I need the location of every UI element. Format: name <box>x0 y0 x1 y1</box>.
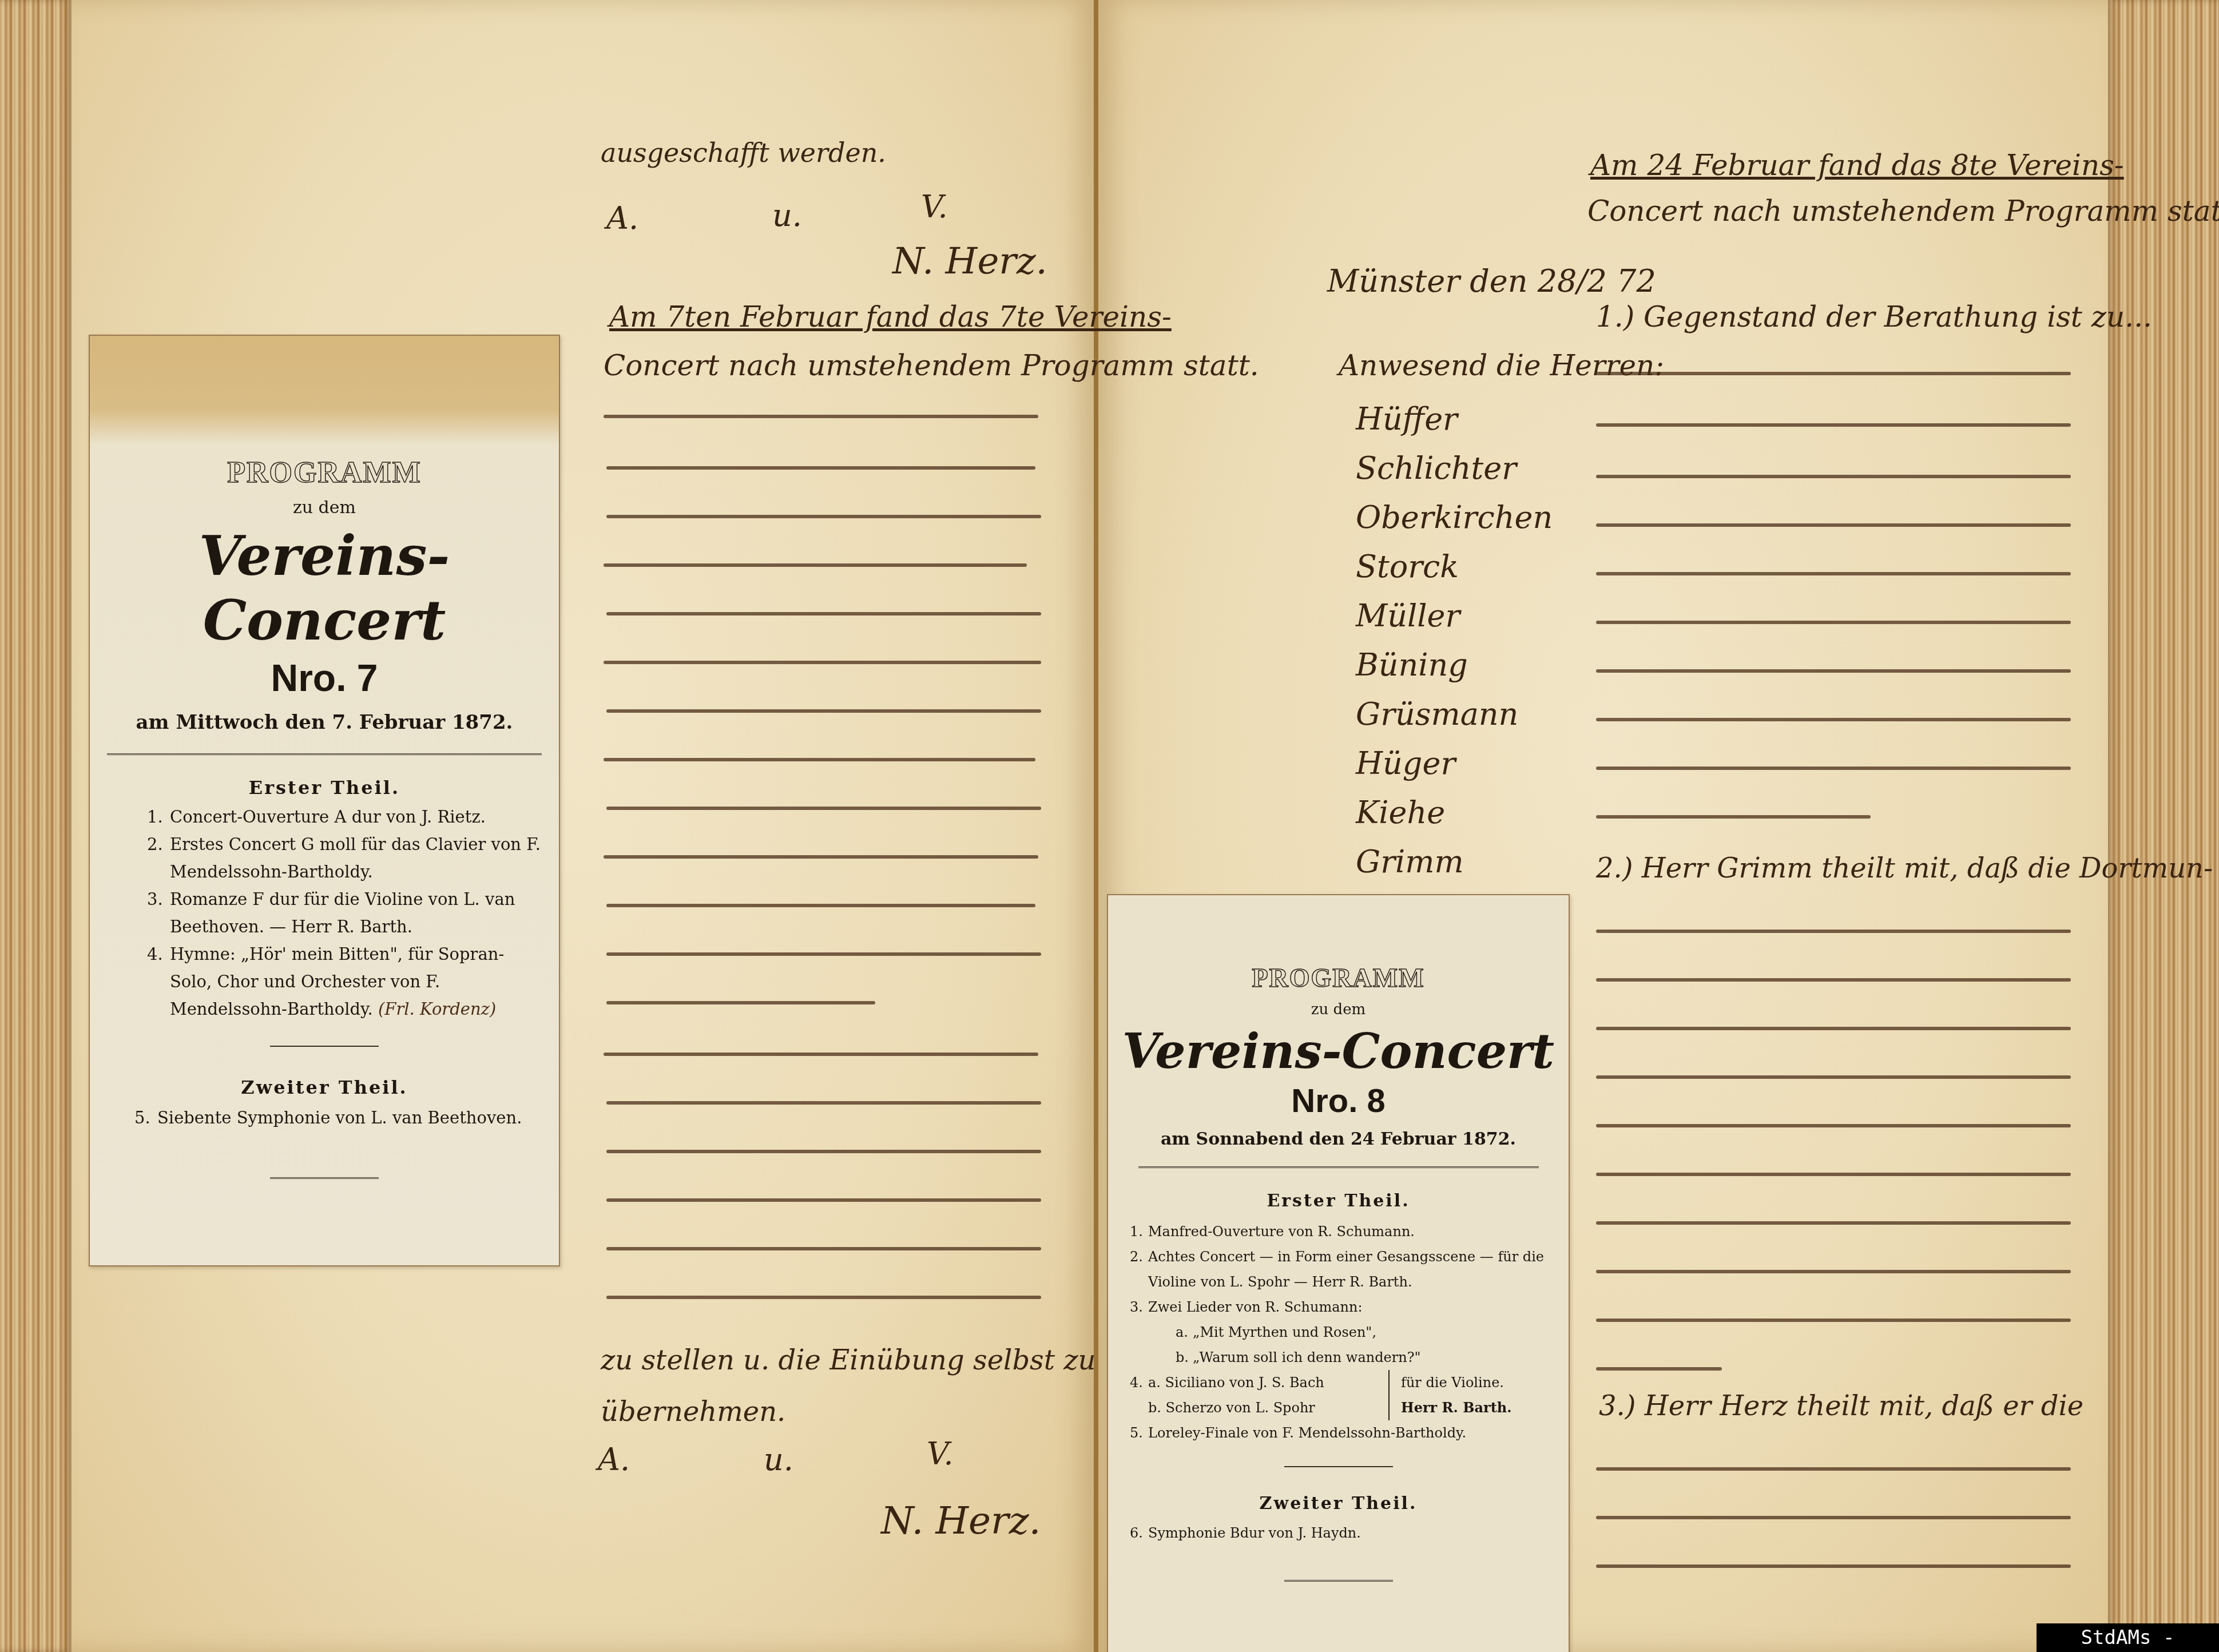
handwritten-scribble-line <box>1596 1467 2071 1471</box>
handwritten-scribble-line <box>1596 475 2071 478</box>
handwritten-abbrev: V. <box>927 1436 954 1472</box>
program-item: 1.Concert-Ouverture A dur von J. Rietz. <box>147 803 545 831</box>
left-page-edges <box>0 0 72 1652</box>
handwritten-scribble-line <box>606 466 1035 470</box>
handwritten-scribble-line <box>606 1198 1041 1202</box>
handwritten-scribble-line <box>1596 669 2071 673</box>
program-heading: PROGRAMM <box>1108 963 1569 993</box>
handwritten-scribble-line <box>606 1247 1041 1250</box>
handwritten-scribble-line <box>604 661 1041 664</box>
handwritten-scribble-line <box>606 1150 1041 1153</box>
handwritten-scribble-line <box>1596 767 2071 770</box>
attendee-name: Büning <box>1356 641 1553 690</box>
handwritten-scribble-line <box>606 709 1041 713</box>
program-date: am Mittwoch den 7. Februar 1872. <box>90 711 559 734</box>
right-page-edges <box>2108 0 2219 1652</box>
attendee-name: Storck <box>1356 542 1553 591</box>
handwritten-soloist-note: (Frl. Kordenz) <box>378 999 496 1019</box>
handwritten-scribble-line <box>1596 1173 2071 1176</box>
handwritten-scribble-line <box>604 1053 1038 1056</box>
handwritten-scribble-line <box>606 515 1041 518</box>
program-section-heading: Zweiter Theil. <box>90 1077 559 1098</box>
handwritten-scribble-line <box>1596 1319 2071 1322</box>
handwritten-scribble-line <box>1596 1124 2071 1127</box>
handwritten-place-date: Münster den 28/2 72 <box>1327 263 1656 299</box>
program-title: Vereins-Concert <box>1108 1023 1569 1079</box>
divider <box>1138 1166 1539 1168</box>
divider <box>1284 1580 1393 1582</box>
concert-program-7: PROGRAMM zu dem Vereins-Concert Nro. 7 a… <box>89 335 560 1266</box>
divider <box>270 1177 379 1179</box>
handwritten-scribble-line <box>606 952 1041 956</box>
handwritten-attendance-heading: Anwesend die Herren: <box>1339 349 1664 382</box>
handwritten-scribble-line <box>1596 930 2071 933</box>
attendee-name: Kiehe <box>1356 788 1553 837</box>
handwritten-scribble-line <box>1596 1075 2071 1079</box>
handwritten-scribble-line <box>606 904 1035 907</box>
handwritten-scribble-line <box>606 807 1041 810</box>
program-subitem: a.„Mit Myrthen und Rosen", <box>1130 1320 1557 1345</box>
program-item: 4.Hymne: „Hör' mein Bitten", für Sopran-… <box>147 940 545 1023</box>
handwritten-scribble-line <box>604 758 1035 761</box>
attendee-name: Grüsmann <box>1356 690 1553 739</box>
handwritten-signature: N. Herz. <box>892 240 1047 283</box>
handwritten-scribble-line <box>1596 572 2071 575</box>
handwritten-scribble-line <box>1596 1516 2071 1519</box>
handwritten-entry-heading: Am 7ten Februar fand das 7te Vereins- <box>609 300 1172 333</box>
program-zu-dem: zu dem <box>90 498 559 518</box>
attendee-name: Grimm <box>1356 837 1553 887</box>
handwritten-scribble-line <box>1596 1270 2071 1273</box>
handwritten-abbrev: A. <box>598 1441 630 1478</box>
handwritten-scribble-line <box>1596 718 2071 721</box>
handwritten-scribble-line <box>606 1101 1041 1105</box>
handwritten-scribble-line <box>606 1001 875 1004</box>
program-item: 2.Achtes Concert — in Form einer Gesangs… <box>1130 1244 1557 1294</box>
attendee-name: Hüffer <box>1356 395 1553 444</box>
attendee-list: Hüffer Schlichter Oberkirchen Storck Mül… <box>1356 395 1553 936</box>
attendee-name: Hüger <box>1356 739 1553 788</box>
program-item: b. Scherzo von L. SpohrHerr R. Barth. <box>1130 1395 1557 1420</box>
handwritten-signature: N. Herz. <box>881 1499 1041 1543</box>
book-gutter <box>1094 0 1098 1652</box>
handwritten-abbrev: u. <box>764 1441 793 1478</box>
handwritten-scribble-line <box>1596 423 2071 427</box>
program-bracket-note: für die Violine. <box>1390 1370 1504 1395</box>
handwritten-scribble-line <box>604 563 1027 567</box>
program-heading: PROGRAMM <box>90 456 559 490</box>
handwritten-entry-heading: Am 24 Februar fand das 8te Vereins- <box>1590 149 2124 182</box>
handwritten-scribble-line <box>1596 1221 2071 1225</box>
program-date: am Sonnabend den 24 Februar 1872. <box>1108 1129 1569 1149</box>
program-section-heading: Zweiter Theil. <box>1108 1494 1569 1514</box>
handwritten-scribble-line <box>1596 1564 2071 1568</box>
handwritten-point-3: 3.) Herr Herz theilt mit, daß er die <box>1599 1390 2083 1422</box>
program-item: 5.Loreley-Finale von F. Mendelssohn-Bart… <box>1130 1420 1557 1445</box>
program-number: Nro. 7 <box>90 656 559 700</box>
handwritten-point-1: 1.) Gegenstand der Berathung ist zu... <box>1596 300 2152 333</box>
divider <box>1284 1466 1393 1467</box>
program-bracket-note: Herr R. Barth. <box>1390 1395 1512 1420</box>
program-item: 2.Erstes Concert G moll für das Clavier … <box>147 831 545 885</box>
program-item: 5.Siebente Symphonie von L. van Beethove… <box>134 1104 547 1131</box>
handwritten-scribble-line <box>606 1296 1041 1299</box>
handwritten-scribble-line <box>1596 1027 2071 1030</box>
handwritten-line: zu stellen u. die Einübung selbst zu <box>601 1344 1096 1376</box>
handwritten-entry-heading: Concert nach umstehendem Programm statt. <box>604 349 1259 382</box>
program-number: Nro. 8 <box>1108 1082 1569 1120</box>
program-section-heading: Erster Theil. <box>1108 1191 1569 1211</box>
program-title: Vereins-Concert <box>90 523 559 653</box>
handwritten-scribble-line <box>606 612 1041 615</box>
handwritten-scribble-line <box>604 855 1038 859</box>
program-item: 3.Zwei Lieder von R. Schumann: <box>1130 1294 1557 1320</box>
handwritten-abbrev: A. <box>606 200 638 236</box>
program-section-heading: Erster Theil. <box>90 777 559 799</box>
handwritten-scribble-line <box>604 415 1038 418</box>
program-item: 6.Symphonie Bdur von J. Haydn. <box>1130 1520 1557 1546</box>
handwritten-scribble-line <box>1596 815 1871 819</box>
handwritten-scribble-line <box>1596 1367 1722 1371</box>
program-item: 1.Manfred-Ouverture von R. Schumann. <box>1130 1219 1557 1244</box>
program-zu-dem: zu dem <box>1108 1001 1569 1018</box>
handwritten-scribble-line <box>1596 621 2071 624</box>
handwritten-scribble-line <box>1596 978 2071 982</box>
handwritten-entry-heading: Concert nach umstehendem Programm statt. <box>1587 194 2219 228</box>
archive-reference-label: StdAMs - MV_002a_182 <box>2037 1623 2219 1652</box>
handwritten-scribble-line <box>1596 523 2071 527</box>
handwritten-scribble-line <box>1596 372 2071 375</box>
divider <box>107 753 542 755</box>
program-item: 4.a. Siciliano von J. S. Bachfür die Vio… <box>1130 1370 1557 1395</box>
attendee-name: Müller <box>1356 591 1553 641</box>
handwritten-abbrev: V. <box>921 189 948 225</box>
handwritten-abbrev: u. <box>772 197 802 233</box>
concert-program-8: PROGRAMM zu dem Vereins-Concert Nro. 8 a… <box>1107 894 1570 1652</box>
attendee-name: Oberkirchen <box>1356 493 1553 542</box>
attendee-name: Schlichter <box>1356 444 1553 493</box>
handwritten-line: übernehmen. <box>601 1396 785 1428</box>
program-item: 3.Romanze F dur für die Violine von L. v… <box>147 885 545 940</box>
divider <box>270 1046 379 1047</box>
program-subitem: b.„Warum soll ich denn wandern?" <box>1130 1345 1557 1370</box>
handwritten-line: ausgeschafft werden. <box>601 137 886 168</box>
handwritten-point-2: 2.) Herr Grimm theilt mit, daß die Dortm… <box>1596 852 2213 884</box>
